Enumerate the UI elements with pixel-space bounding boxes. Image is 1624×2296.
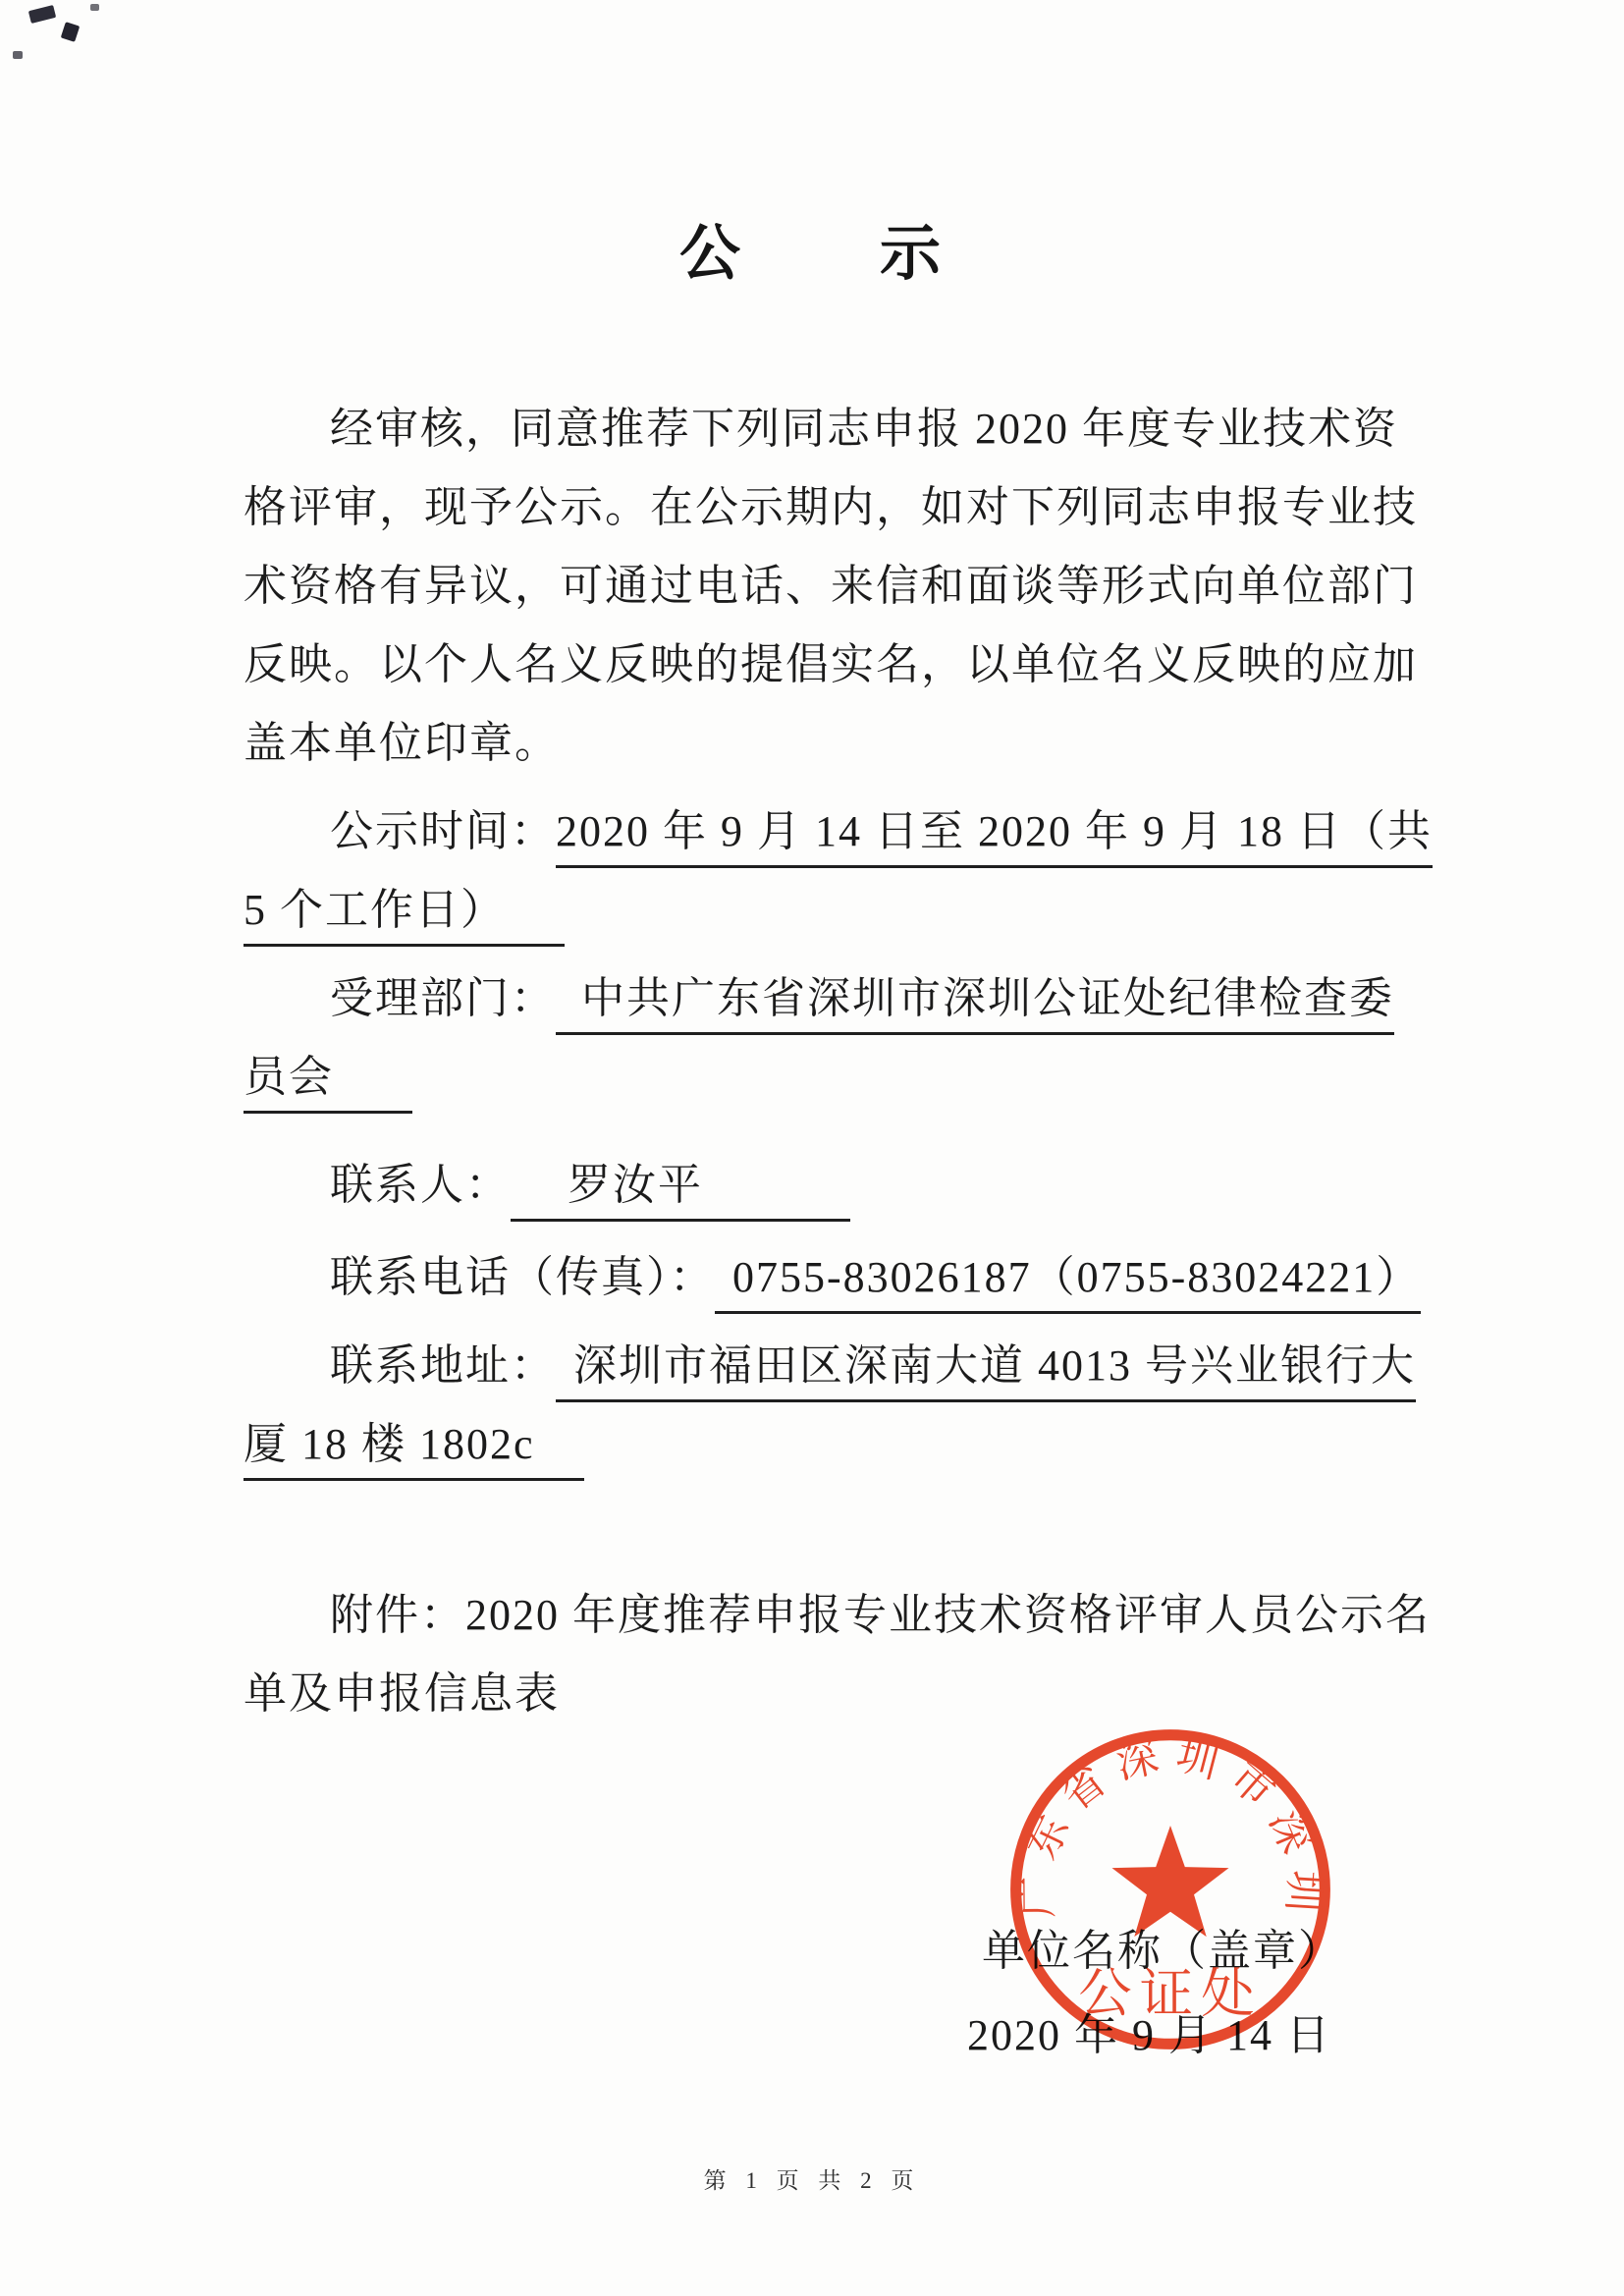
field-label: 联系电话（传真）： — [330, 1253, 715, 1301]
field-value-underlined: 深圳市福田区深南大道 4013 号兴业银行大 — [556, 1338, 1416, 1402]
body-text: 反映。以个人名义反映的提倡实名，以单位名义反映的应加 — [244, 640, 1418, 688]
seal-star-icon — [1111, 1826, 1228, 1937]
body-text: 附件：2020 年度推荐申报专业技术资格评审人员公示名 — [330, 1591, 1431, 1639]
paragraph-line: 盖本单位印章。 — [244, 715, 1402, 772]
attachment-line-2: 单及申报信息表 — [244, 1666, 1402, 1722]
field-value-underlined: 2020 年 9 月 14 日至 2020 年 9 月 18 日（共 — [556, 803, 1433, 868]
seal-bottom-text: 公证处 — [1078, 1964, 1263, 2024]
scan-artifact — [90, 4, 99, 11]
accepting-department-line-2: 员会 — [244, 1049, 1402, 1114]
field-value-underlined: 罗汝平 — [511, 1157, 850, 1222]
publicity-time-line: 公示时间：2020 年 9 月 14 日至 2020 年 9 月 18 日（共 — [244, 803, 1489, 868]
page-number-footer: 第 1 页 共 2 页 — [0, 2162, 1624, 2195]
field-label: 联系人： — [330, 1161, 511, 1209]
field-value-underlined: 0755-83026187（0755-83024221） — [715, 1249, 1421, 1314]
paragraph-line: 反映。以个人名义反映的提倡实名，以单位名义反映的应加 — [244, 636, 1402, 693]
paragraph-line: 术资格有异议，可通过电话、来信和面谈等形式向单位部门 — [244, 558, 1402, 615]
scanned-document-page: 公 示 经审核，同意推荐下列同志申报 2020 年度专业技术资 格评审，现予公示… — [0, 0, 1624, 2296]
paragraph-line: 经审核，同意推荐下列同志申报 2020 年度专业技术资 — [244, 401, 1489, 458]
accepting-department-line: 受理部门：中共广东省深圳市深圳公证处纪律检查委 — [244, 970, 1489, 1035]
body-text: 术资格有异议，可通过电话、来信和面谈等形式向单位部门 — [244, 562, 1418, 610]
contact-phone-line: 联系电话（传真）：0755-83026187（0755-83024221） — [244, 1249, 1489, 1314]
scan-artifact — [28, 5, 56, 24]
field-label: 联系地址： — [330, 1341, 556, 1390]
field-value-underlined: 厦 18 楼 1802c — [244, 1416, 584, 1481]
scan-artifact — [13, 51, 23, 59]
scan-artifact — [61, 22, 81, 42]
field-label: 受理部门： — [330, 974, 556, 1022]
contact-address-line: 联系地址：深圳市福田区深南大道 4013 号兴业银行大 — [244, 1338, 1489, 1402]
field-value-underlined: 5 个工作日） — [244, 882, 565, 947]
publicity-time-line-2: 5 个工作日） — [244, 882, 1402, 947]
attachment-line: 附件：2020 年度推荐申报专业技术资格评审人员公示名 — [244, 1587, 1489, 1644]
body-text: 格评审，现予公示。在公示期内，如对下列同志申报专业技 — [244, 483, 1418, 531]
contact-address-line-2: 厦 18 楼 1802c — [244, 1416, 1402, 1481]
field-value-underlined: 员会 — [244, 1049, 412, 1114]
body-text: 单及申报信息表 — [244, 1669, 560, 1718]
field-value-underlined: 中共广东省深圳市深圳公证处纪律检查委 — [556, 970, 1394, 1035]
page-title: 公 示 — [244, 204, 1382, 292]
field-label: 公示时间： — [330, 807, 556, 855]
body-text: 经审核，同意推荐下列同志申报 2020 年度专业技术资 — [330, 405, 1398, 453]
body-text: 盖本单位印章。 — [244, 719, 560, 767]
official-red-seal: 广东省深圳市深圳 公证处 — [1000, 1719, 1341, 2060]
paragraph-line: 格评审，现予公示。在公示期内，如对下列同志申报专业技 — [244, 479, 1402, 536]
contact-person-line: 联系人：罗汝平 — [244, 1157, 1489, 1222]
